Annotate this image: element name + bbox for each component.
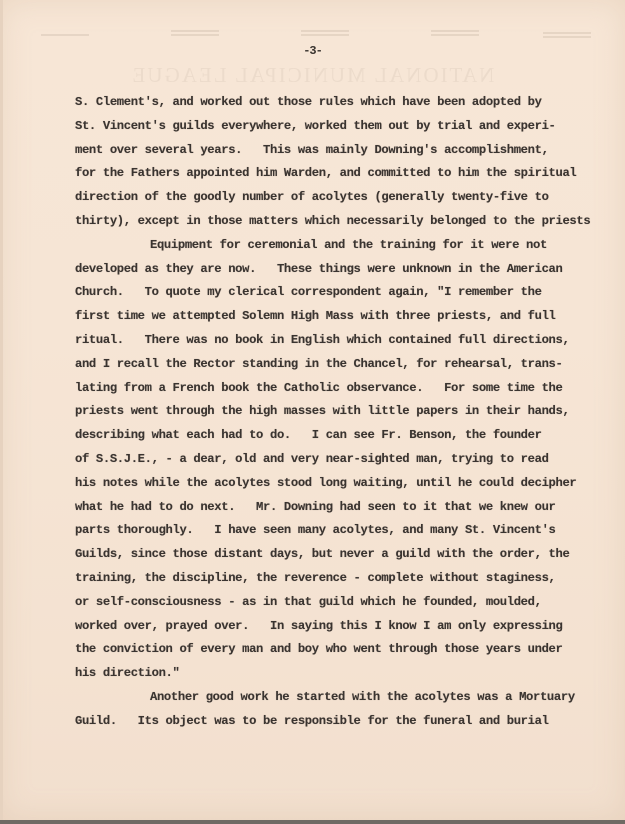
- text-line: ment over several years. This was mainly…: [75, 139, 625, 163]
- text-line: and I recall the Rector standing in the …: [75, 353, 625, 377]
- text-line: Another good work he started with the ac…: [75, 686, 625, 710]
- text-line: ritual. There was no book in English whi…: [75, 329, 625, 353]
- text-line: developed as they are now. These things …: [75, 258, 625, 282]
- text-line: worked over, prayed over. In saying this…: [75, 615, 625, 639]
- text-line: for the Fathers appointed him Warden, an…: [75, 162, 625, 186]
- page-edge: [0, 0, 3, 820]
- letterhead-block: [425, 28, 485, 38]
- text-line: or self-consciousness - as in that guild…: [75, 591, 625, 615]
- document-page: NATIONAL MUNICIPAL LEAGUE -3- S. Clement…: [0, 0, 625, 820]
- text-line: Equipment for ceremonial and the trainin…: [75, 234, 625, 258]
- letterhead-block: [165, 28, 225, 38]
- paragraph: Another good work he started with the ac…: [75, 686, 625, 734]
- letterhead-watermark: NATIONAL MUNICIPAL LEAGUE: [0, 63, 625, 88]
- text-line: priests went through the high masses wit…: [75, 400, 625, 424]
- text-line: Guilds, since those distant days, but ne…: [75, 543, 625, 567]
- text-line: St. Vincent's guilds everywhere, worked …: [75, 115, 625, 139]
- text-line: Church. To quote my clerical corresponde…: [75, 281, 625, 305]
- text-line: lating from a French book the Catholic o…: [75, 377, 625, 401]
- text-line: first time we attempted Solemn High Mass…: [75, 305, 625, 329]
- text-line: direction of the goodly number of acolyt…: [75, 186, 625, 210]
- paragraph: S. Clement's, and worked out those rules…: [75, 91, 625, 234]
- document-body: S. Clement's, and worked out those rules…: [75, 91, 625, 734]
- text-line: Guild. Its object was to be responsible …: [75, 710, 625, 734]
- letterhead-block: [295, 28, 355, 38]
- text-line: of S.S.J.E., - a dear, old and very near…: [75, 448, 625, 472]
- text-line: what he had to do next. Mr. Downing had …: [75, 496, 625, 520]
- letterhead-block: [35, 32, 95, 38]
- paragraph: Equipment for ceremonial and the trainin…: [75, 234, 625, 686]
- text-line: describing what each had to do. I can se…: [75, 424, 625, 448]
- text-line: training, the discipline, the reverence …: [75, 567, 625, 591]
- page-number: -3-: [0, 44, 625, 58]
- text-line: parts thoroughly. I have seen many acoly…: [75, 519, 625, 543]
- letterhead-block: [537, 30, 597, 40]
- text-line: S. Clement's, and worked out those rules…: [75, 91, 625, 115]
- text-line: his direction.": [75, 662, 625, 686]
- text-line: thirty), except in those matters which n…: [75, 210, 625, 234]
- text-line: the conviction of every man and boy who …: [75, 638, 625, 662]
- text-line: his notes while the acolytes stood long …: [75, 472, 625, 496]
